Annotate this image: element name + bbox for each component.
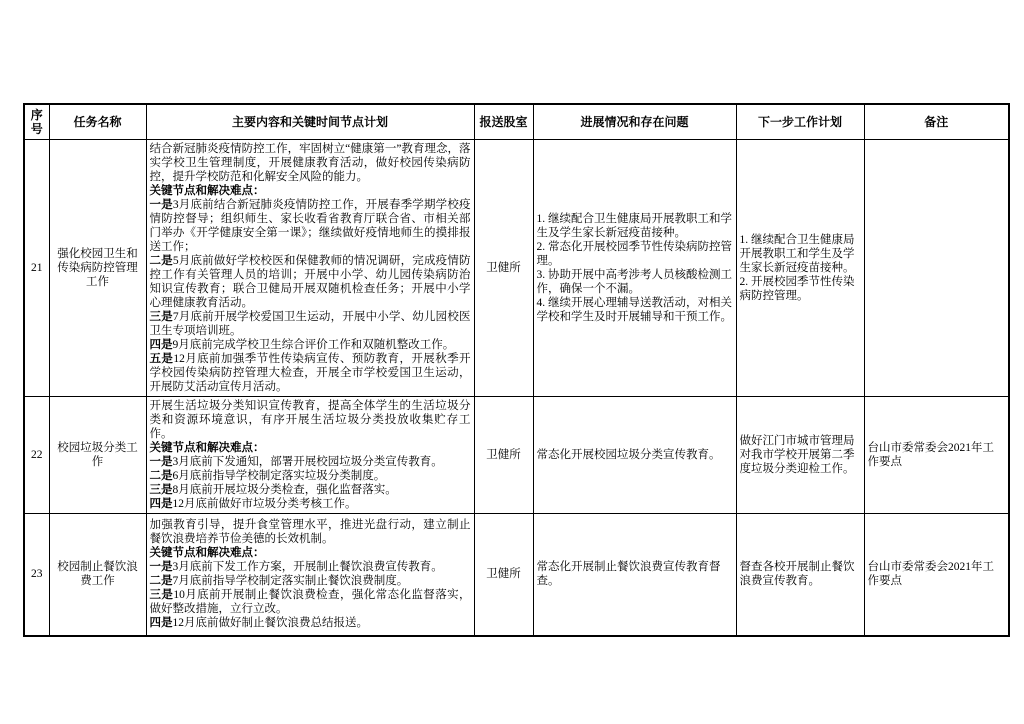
col-header-progress: 进展情况和存在问题 (533, 104, 736, 139)
cell-task: 校园制止餐饮浪费工作 (49, 513, 146, 636)
cell-office: 卫健所 (474, 396, 533, 513)
text-line: 督查各校开展制止餐饮浪费宣传教育。 (740, 560, 861, 588)
text-line: 二是7月底前指导学校制定落实制止餐饮浪费制度。 (150, 574, 471, 588)
text-line: 1. 继续配合卫生健康局开展教职工和学生及学生家长新冠疫苗接种。 (537, 212, 733, 240)
cell-office: 卫健所 (474, 513, 533, 636)
text-line: 结合新冠肺炎疫情防控工作，牢固树立“健康第一”教育理念，落实学校卫生管理制度，开… (150, 142, 471, 184)
cell-next: 1. 继续配合卫生健康局开展教职工和学生及学生家长新冠疫苗接种。2. 开展校园季… (736, 139, 864, 396)
cell-progress: 常态化开展校园垃圾分类宣传教育。 (533, 396, 736, 513)
table-body: 21强化校园卫生和传染病防控管理工作结合新冠肺炎疫情防控工作，牢固树立“健康第一… (24, 139, 1009, 636)
col-header-office: 报送股室 (474, 104, 533, 139)
text-line: 四是9月底前完成学校卫生综合评价工作和双随机整改工作。 (150, 338, 471, 352)
text-line: 加强教育引导，提升食堂管理水平，推进光盘行动，建立制止餐饮浪费培养节俭美德的长效… (150, 518, 471, 546)
document-page: 序号 任务名称 主要内容和关键时间节点计划 报送股室 进展情况和存在问题 下一步… (0, 0, 1024, 724)
cell-remark (864, 139, 1009, 396)
col-header-remark: 备注 (864, 104, 1009, 139)
text-line: 台山市委常委会2021年工作要点 (868, 560, 1006, 588)
text-line: 做好江门市城市管理局对我市学校开展第二季度垃圾分类迎检工作。 (740, 434, 861, 476)
text-line: 一是3月底前结合新冠肺炎疫情防控工作，开展春季学期学校疫情防控督导；组织师生、家… (150, 198, 471, 254)
cell-progress: 1. 继续配合卫生健康局开展教职工和学生及学生家长新冠疫苗接种。2. 常态化开展… (533, 139, 736, 396)
col-header-next: 下一步工作计划 (736, 104, 864, 139)
work-plan-table: 序号 任务名称 主要内容和关键时间节点计划 报送股室 进展情况和存在问题 下一步… (23, 103, 1010, 637)
text-line: 三是7月底前开展学校爱国卫生运动，开展中小学、幼儿园校医卫生专项培训班。 (150, 310, 471, 338)
text-line: 2. 常态化开展校园季节性传染病防控管理。 (537, 240, 733, 268)
cell-no: 23 (24, 513, 49, 636)
cell-task: 校园垃圾分类工作 (49, 396, 146, 513)
header-row: 序号 任务名称 主要内容和关键时间节点计划 报送股室 进展情况和存在问题 下一步… (24, 104, 1009, 139)
cell-no: 21 (24, 139, 49, 396)
text-line: 三是8月底前开展垃圾分类检查，强化监督落实。 (150, 483, 471, 497)
cell-content: 加强教育引导，提升食堂管理水平，推进光盘行动，建立制止餐饮浪费培养节俭美德的长效… (146, 513, 474, 636)
text-line: 4. 继续开展心理辅导送教活动，对相关学校和学生及时开展辅导和干预工作。 (537, 296, 733, 324)
text-line: 2. 开展校园季节性传染病防控管理。 (740, 275, 861, 303)
text-line: 一是3月底前下发工作方案，开展制止餐饮浪费宣传教育。 (150, 560, 471, 574)
text-line: 1. 继续配合卫生健康局开展教职工和学生及学生家长新冠疫苗接种。 (740, 233, 861, 275)
col-header-content: 主要内容和关键时间节点计划 (146, 104, 474, 139)
text-line: 关键节点和解决难点： (150, 546, 471, 560)
cell-next: 督查各校开展制止餐饮浪费宣传教育。 (736, 513, 864, 636)
text-line: 三是10月底前开展制止餐饮浪费检查，强化常态化监督落实，做好整改措施，立行立改。 (150, 588, 471, 616)
cell-progress: 常态化开展制止餐饮浪费宣传教育督查。 (533, 513, 736, 636)
text-line: 五是12月底前加强季节性传染病宣传、预防教育，开展秋季开学校园传染病防控管理大检… (150, 352, 471, 394)
col-header-task: 任务名称 (49, 104, 146, 139)
cell-no: 22 (24, 396, 49, 513)
text-line: 台山市委常委会2021年工作要点 (868, 441, 1006, 469)
text-line: 四是12月底前做好市垃圾分类考核工作。 (150, 497, 471, 511)
text-line: 开展生活垃圾分类知识宣传教育，提高全体学生的生活垃圾分类和资源环境意识，有序开展… (150, 399, 471, 441)
table-row: 21强化校园卫生和传染病防控管理工作结合新冠肺炎疫情防控工作，牢固树立“健康第一… (24, 139, 1009, 396)
text-line: 常态化开展制止餐饮浪费宣传教育督查。 (537, 560, 733, 588)
text-line: 二是6月底前指导学校制定落实垃圾分类制度。 (150, 469, 471, 483)
table-row: 22校园垃圾分类工作开展生活垃圾分类知识宣传教育，提高全体学生的生活垃圾分类和资… (24, 396, 1009, 513)
cell-content: 结合新冠肺炎疫情防控工作，牢固树立“健康第一”教育理念，落实学校卫生管理制度，开… (146, 139, 474, 396)
text-line: 四是12月底前做好制止餐饮浪费总结报送。 (150, 616, 471, 630)
cell-office: 卫健所 (474, 139, 533, 396)
col-header-no: 序号 (24, 104, 49, 139)
text-line: 一是3月底前下发通知，部署开展校园垃圾分类宣传教育。 (150, 455, 471, 469)
text-line: 3. 协助开展中高考涉考人员核酸检测工作，确保一个不漏。 (537, 268, 733, 296)
text-line: 二是5月底前做好学校校医和保健教师的情况调研，完成疫情防控工作有关管理人员的培训… (150, 254, 471, 310)
cell-content: 开展生活垃圾分类知识宣传教育，提高全体学生的生活垃圾分类和资源环境意识，有序开展… (146, 396, 474, 513)
text-line: 关键节点和解决难点： (150, 184, 471, 198)
table-row: 23校园制止餐饮浪费工作加强教育引导，提升食堂管理水平，推进光盘行动，建立制止餐… (24, 513, 1009, 636)
cell-remark: 台山市委常委会2021年工作要点 (864, 396, 1009, 513)
text-line: 关键节点和解决难点： (150, 441, 471, 455)
cell-next: 做好江门市城市管理局对我市学校开展第二季度垃圾分类迎检工作。 (736, 396, 864, 513)
text-line: 常态化开展校园垃圾分类宣传教育。 (537, 448, 733, 462)
cell-remark: 台山市委常委会2021年工作要点 (864, 513, 1009, 636)
cell-task: 强化校园卫生和传染病防控管理工作 (49, 139, 146, 396)
